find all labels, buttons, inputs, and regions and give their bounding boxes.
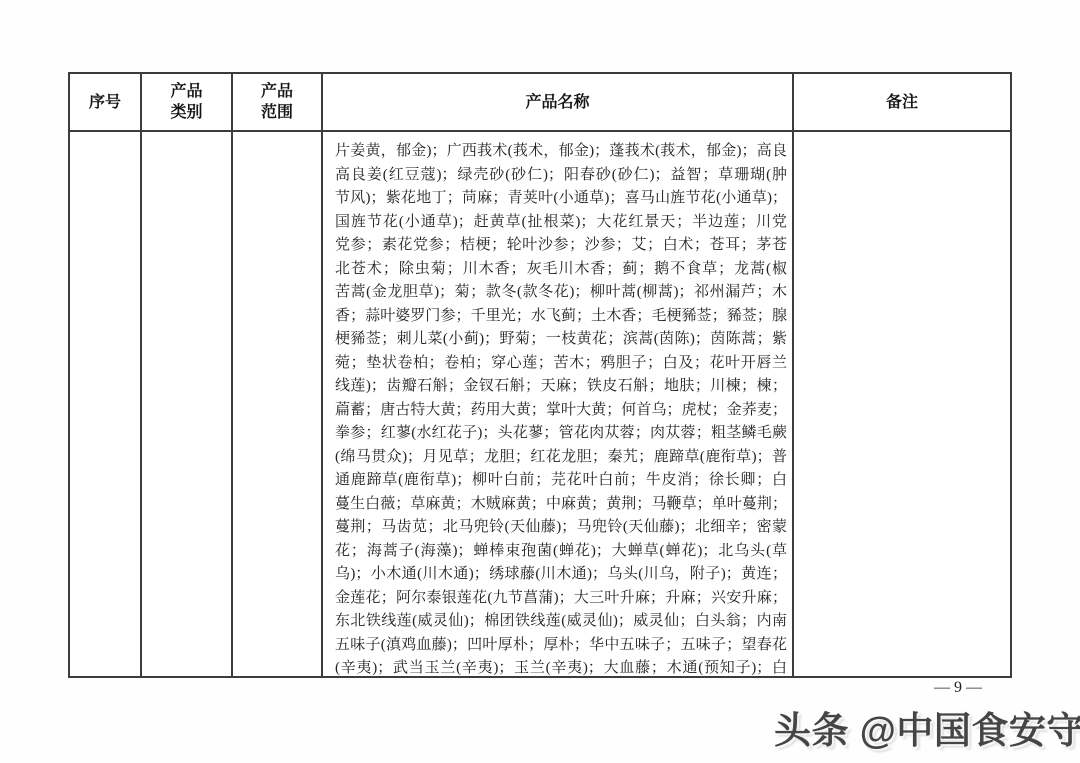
product-name-line: 梗豨莶；刺儿菜(小蓟)；野菊；一枝黄花；滨蒿(茵陈)；茵陈蒿；紫 xyxy=(335,328,787,352)
product-name-line: 线莲)；齿瓣石斛；金钗石斛；天麻；铁皮石斛；地肤；川楝；楝； xyxy=(335,375,787,399)
product-name-line: 菀；垫状卷柏；卷柏；穿心莲；苦木；鸦胆子；白及；花叶开唇兰(金 xyxy=(335,352,787,376)
product-name-line: 国旌节花(小通草)；赶黄草(扯根菜)；大花红景天；半边莲；川党参； xyxy=(335,211,787,235)
document-page: 序号 产品 类别 产品 范围 产品名称 备注 片姜黄，郁金)；广西莪术(莪术，郁… xyxy=(0,0,1080,763)
product-name-line: 萹蓄；唐古特大黄；药用大黄；掌叶大黄；何首乌；虎杖；金荞麦； xyxy=(335,399,787,423)
header-product-category: 产品 类别 xyxy=(142,74,233,130)
page-number: — 9 — xyxy=(916,679,1000,697)
cell-product-names: 片姜黄，郁金)；广西莪术(莪术，郁金)；蓬莪术(莪术，郁金)；高良姜大高良姜(红… xyxy=(323,132,794,676)
product-name-line: 东北铁线莲(威灵仙)；棉团铁线莲(威灵仙)；威灵仙；白头翁；内南 xyxy=(335,610,787,634)
header-product-name: 产品名称 xyxy=(323,74,794,130)
header-product-scope: 产品 范围 xyxy=(233,74,323,130)
watermark-text: 头条 @中国食安守望者 xyxy=(774,700,1080,754)
product-name-line: 节风)；紫花地丁；苘麻；青荚叶(小通草)；喜马山旌节花(小通草)；中 xyxy=(335,187,787,211)
cell-remark xyxy=(794,132,1010,676)
product-name-line: 金莲花；阿尔泰银莲花(九节菖蒲)；大三叶升麻；升麻；兴安升麻； xyxy=(335,587,787,611)
product-name-line: 香；蒜叶婆罗门参；千里光；水飞蓟；土木香；毛梗豨莶；豨莶；腺 xyxy=(335,305,787,329)
products-table: 序号 产品 类别 产品 范围 产品名称 备注 片姜黄，郁金)；广西莪术(莪术，郁… xyxy=(68,72,1012,678)
product-name-line: 拳参；红蓼(水红花子)；头花蓼；管花肉苁蓉；肉苁蓉；粗茎鳞毛蕨 xyxy=(335,422,787,446)
product-name-line: 通鹿蹄草(鹿衔草)；柳叶白前；芫花叶白前；牛皮消；徐长卿；白薇； xyxy=(335,469,787,493)
product-name-line: 蔓生白薇；草麻黄；木贼麻黄；中麻黄；黄荆；马鞭草；单叶蔓荆； xyxy=(335,493,787,517)
cell-product-scope xyxy=(233,132,323,676)
table-header-row: 序号 产品 类别 产品 范围 产品名称 备注 xyxy=(70,74,1010,132)
product-name-line: 五味子(滇鸡血藤)；凹叶厚朴；厚朴；华中五味子；五味子；望春花 xyxy=(335,634,787,658)
table-body-row: 片姜黄，郁金)；广西莪术(莪术，郁金)；蓬莪术(莪术，郁金)；高良姜大高良姜(红… xyxy=(70,132,1010,676)
header-remark: 备注 xyxy=(794,74,1010,130)
product-name-line: 片姜黄，郁金)；广西莪术(莪术，郁金)；蓬莪术(莪术，郁金)；高良姜大 xyxy=(335,140,787,164)
product-name-line: 北苍术；除虫菊；川木香；灰毛川木香；蓟；鹅不食草；龙蒿(椒蒿)； xyxy=(335,258,787,282)
product-name-line: 高良姜(红豆蔻)；绿壳砂(砂仁)；阳春砂(砂仁)；益智；草珊瑚(肿 xyxy=(335,164,787,188)
cell-product-category xyxy=(142,132,233,676)
product-name-line: 花；海蒿子(海藻)；蝉棒束孢菌(蝉花)；大蝉草(蝉花)；北乌头(草 xyxy=(335,540,787,564)
product-name-line: 乌)；小木通(川木通)；绣球藤(川木通)；乌头(川乌，附子)；黄连； xyxy=(335,563,787,587)
product-name-line: (辛夷)；武当玉兰(辛夷)；玉兰(辛夷)；大血藤；木通(预知子)；白 xyxy=(335,657,787,676)
product-name-line: (绵马贯众)；月见草；龙胆；红花龙胆；秦艽；鹿蹄草(鹿衔草)；普 xyxy=(335,446,787,470)
product-name-line: 蔓荆；马齿苋；北马兜铃(天仙藤)；马兜铃(天仙藤)；北细辛；密蒙 xyxy=(335,516,787,540)
cell-serial xyxy=(70,132,142,676)
product-name-line: 党参；素花党参；桔梗；轮叶沙参；沙参；艾；白术；苍耳；茅苍术； xyxy=(335,234,787,258)
product-name-line: 苦蒿(金龙胆草)；菊；款冬(款冬花)；柳叶蒿(柳蒿)；祁州漏芦；木 xyxy=(335,281,787,305)
header-serial: 序号 xyxy=(70,74,142,130)
